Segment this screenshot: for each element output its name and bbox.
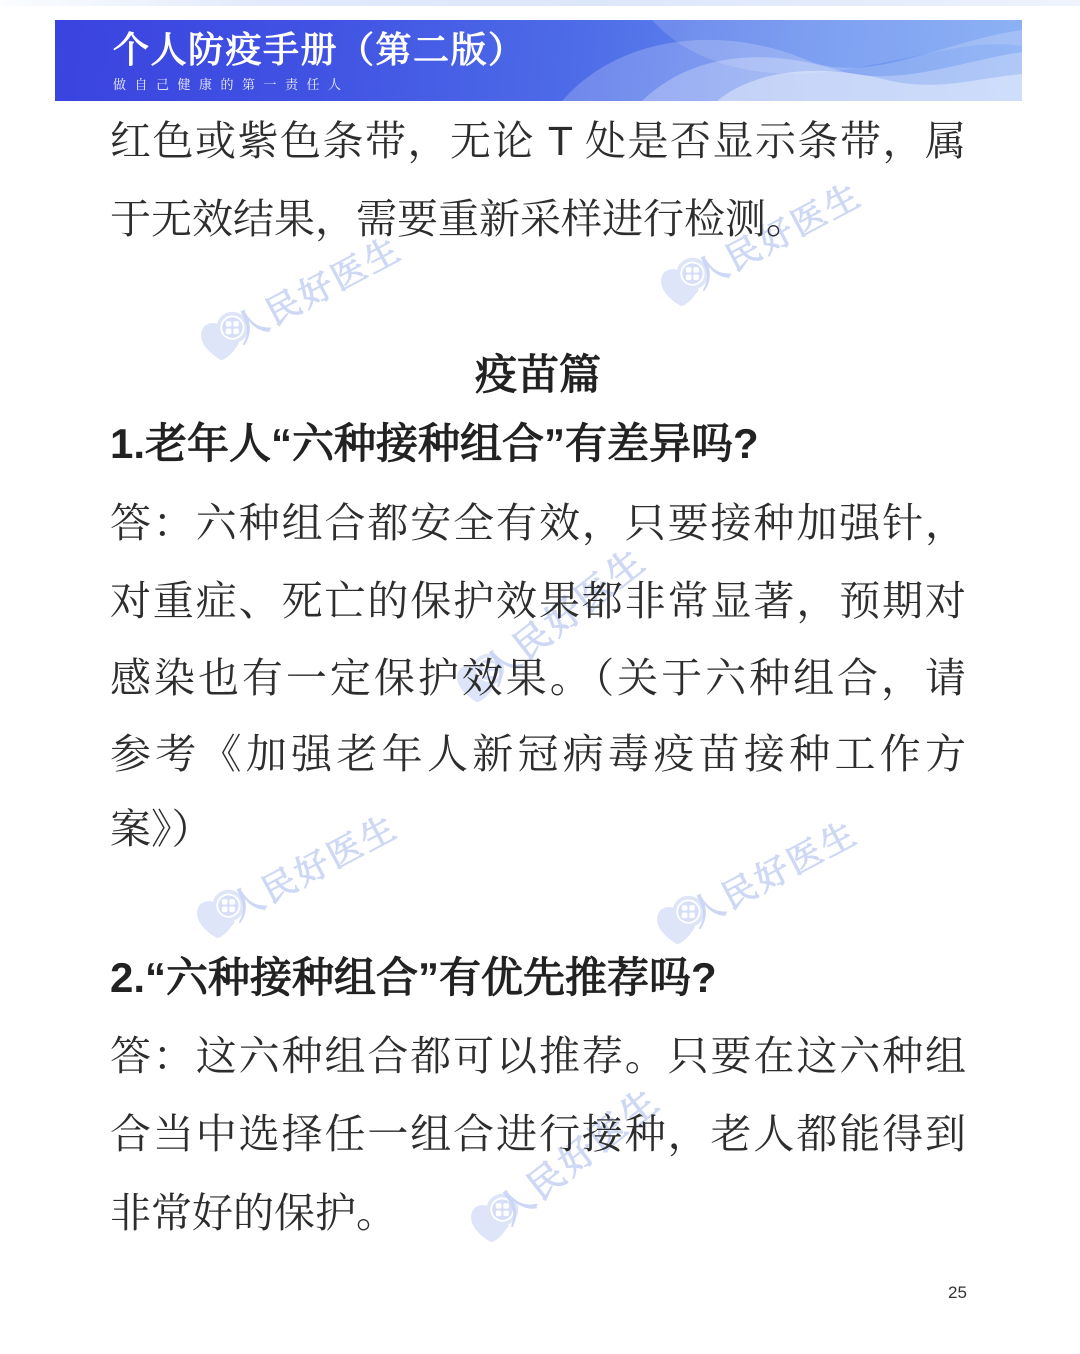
question-1-heading: 1.老年人“六种接种组合”有差异吗? [110,421,966,467]
answer-line: 答：六种组合都安全有效，只要接种加强针， [110,500,966,546]
document-body: 红色或紫色条带，无论 T 处是否显示条带，属 于无效结果，需要重新采样进行检测。… [110,0,966,1354]
handbook-subtitle: 做自己健康的第一责任人 [113,74,526,93]
answer-line: 对重症、死亡的保护效果都非常显著，预期对 [110,578,966,624]
handbook-title: 个人防疫手册（第二版） [113,30,526,70]
answer-line: 参考《加强老年人新冠病毒疫苗接种工作方 [110,731,966,777]
answer-line: 案》） [110,806,966,852]
paragraph-line: 红色或紫色条带，无论 T 处是否显示条带，属 [110,118,966,164]
answer-line: 合当中选择任一组合进行接种，老人都能得到 [110,1111,966,1157]
answer-line: 感染也有一定保护效果。（关于六种组合，请 [110,655,966,701]
paragraph-line: 于无效结果，需要重新采样进行检测。 [110,196,966,242]
answer-line: 答：这六种组合都可以推荐。只要在这六种组 [110,1033,966,1079]
question-2-heading: 2.“六种接种组合”有优先推荐吗? [110,955,966,1001]
page-number: 25 [948,1283,967,1303]
section-title: 疫苗篇 [110,352,966,398]
answer-line: 非常好的保护。 [110,1190,966,1236]
